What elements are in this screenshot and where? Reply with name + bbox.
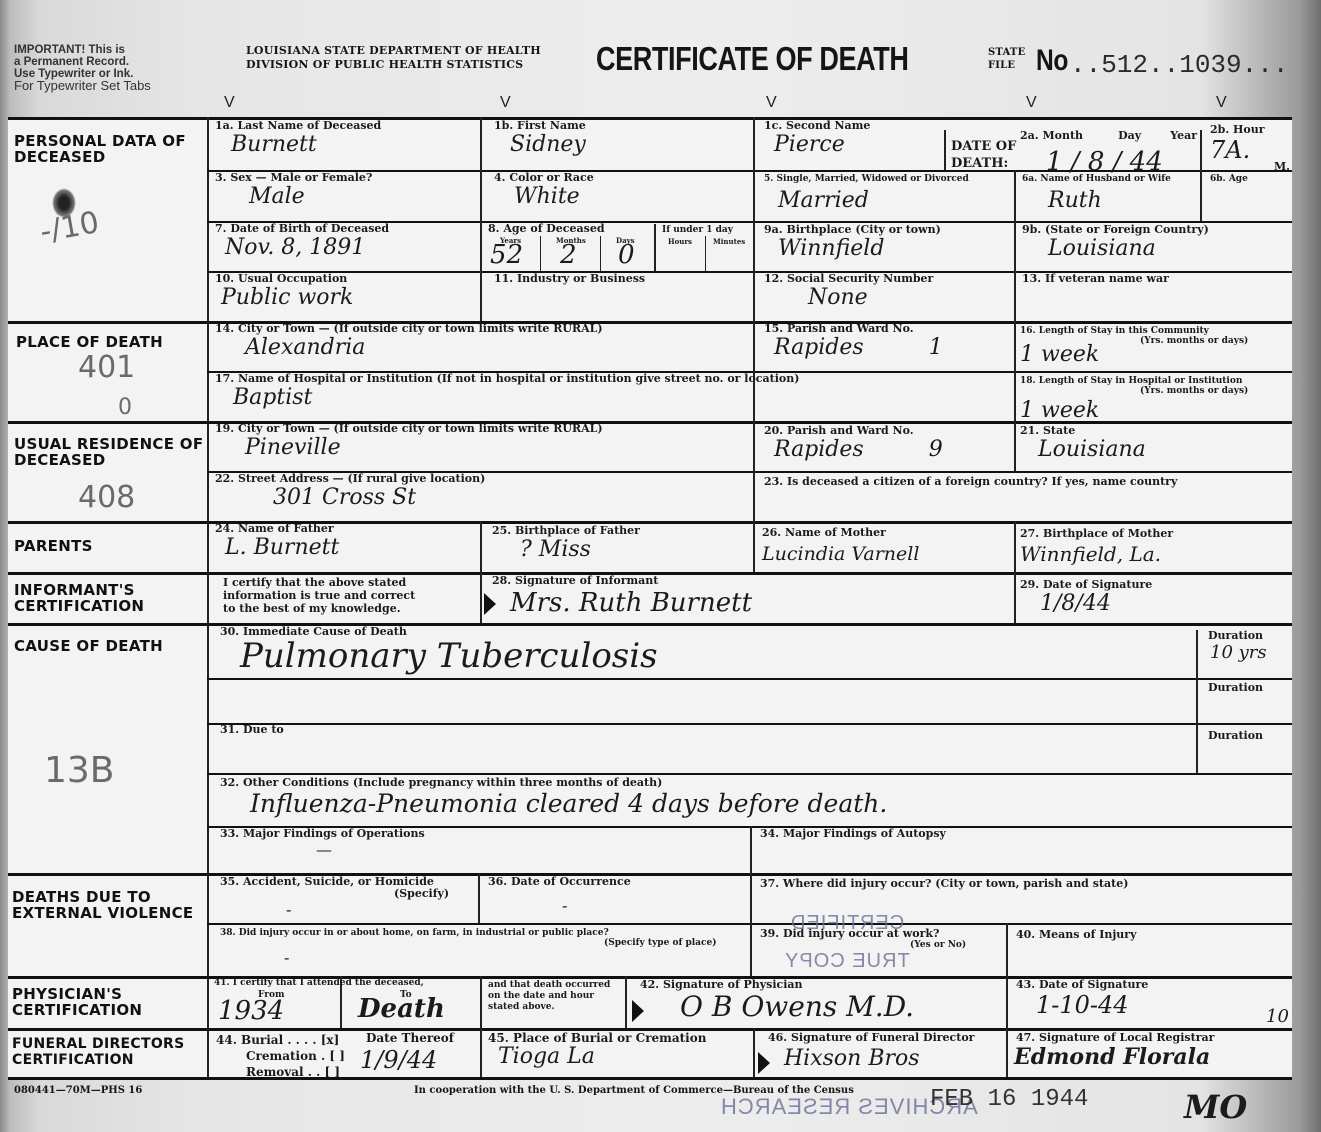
field-label: 45. Place of Burial or Cremation [488,1032,706,1044]
divider [753,321,755,521]
physician-attended-label: 41. I certify that I attended the deceas… [214,978,424,988]
divider [1014,321,1016,471]
section-external-violence: DEATHS DUE TO EXTERNAL VIOLENCE [12,889,202,921]
field-spouse-age[interactable]: 6b. Age [1210,174,1248,184]
duration-value: 10 yrs [1210,642,1267,663]
field-label: 40. Means of Injury [1016,929,1137,941]
disposition-options[interactable]: 44. Burial . . . . [x] Cremation . [ ] R… [216,1032,345,1080]
field-label: 31. Due to [220,724,284,736]
field-label: 25. Birthplace of Father [492,525,640,537]
divider [753,117,755,321]
field-value: Rapides [774,335,864,360]
received-date-stamp: FEB 16 1944 [930,1086,1088,1113]
field-autopsy-findings[interactable]: 34. Major Findings of Autopsy [760,828,946,840]
field-last-name[interactable]: 1a. Last Name of Deceased Burnett [215,120,381,157]
field-label: 28. Signature of Informant [492,575,658,587]
field-sublabel: (Yrs. months or days) [1140,336,1248,346]
informant-signature-value: Mrs. Ruth Burnett [510,588,752,618]
field-label: 2b. Hour [1210,124,1265,136]
section-informant: INFORMANT'S CERTIFICATION [14,582,194,614]
divider [8,1077,1292,1080]
notice-line: a Permanent Record. [14,56,214,68]
field-injury-location[interactable]: 37. Where did injury occur? (City or tow… [760,878,1128,890]
field-sublabel: (Yes or No) [910,940,966,950]
duration-label: Duration [1208,630,1267,642]
informant-statement: I certify that the above stated informat… [223,576,415,615]
field-death-parish[interactable]: 15. Parish and Ward No. Rapides 1 [764,323,943,360]
field-value: Winnfield, La. [1020,542,1173,566]
minutes-label: Minutes [713,238,745,246]
field-label: 1b. First Name [494,120,586,132]
divider [480,521,482,623]
date-of-death-label: DATE OF DEATH: [951,138,1031,172]
attended-to-value[interactable]: Death [358,994,445,1024]
file-label: FILE [988,59,1025,72]
notice-line: IMPORTANT! This is [14,44,214,56]
field-label: 26. Name of Mother [762,527,919,539]
field-label: 4. Color or Race [494,172,594,184]
field-sex[interactable]: 3. Sex — Male or Female? Male [215,172,372,209]
clerk-initials: MO [1184,1088,1247,1126]
field-label: 13. If veteran name war [1022,273,1169,285]
cooperation-note: In cooperation with the U. S. Department… [414,1085,854,1096]
field-injury-place-type[interactable]: 38. Did injury occur in or about home, o… [220,928,716,967]
field-residence-city[interactable]: 19. City or Town — (If outside city or t… [215,423,603,460]
typewriter-tab-marker: V [500,94,511,112]
divider [480,170,482,221]
under-one-day-label: If under 1 day [662,225,733,235]
field-value: Louisiana [1048,236,1209,261]
field-date-of-birth[interactable]: 7. Date of Birth of Deceased Nov. 8, 189… [215,223,389,260]
field-foreign-citizen[interactable]: 23. Is deceased a citizen of a foreign c… [764,476,1177,488]
field-label: 18. Length of Stay in Hospital or Instit… [1020,376,1248,386]
field-usual-occupation[interactable]: 10. Usual Occupation Public work [215,273,353,310]
divider [207,773,1292,775]
burial-checkbox[interactable]: 44. Burial . . . . [x] [216,1032,345,1048]
field-value: Lucindia Varnell [762,543,919,565]
divider [478,873,480,923]
section-personal-data: PERSONAL DATA OF DECEASED [14,133,204,165]
age-months-value[interactable]: 2 [560,240,577,270]
true-copy-stamp: TRUE COPY [784,950,910,973]
field-label: 5. Single, Married, Widowed or Divorced [764,174,969,184]
margin-note-place: 401 [78,350,135,385]
divider [1014,170,1016,321]
field-informant-date[interactable]: 29. Date of Signature 1/8/44 [1020,579,1152,616]
margin-note-place-small: 0 [118,395,132,420]
physician-signature-value[interactable]: O B Owens M.D. [680,990,914,1023]
field-value: White [514,184,594,209]
divider [750,873,752,976]
field-label: 19. City or Town — (If outside city or t… [215,423,603,435]
divider [600,236,601,271]
section-place-of-death: PLACE OF DEATH [16,334,163,350]
field-value: L. Burnett [225,535,339,560]
divider [1200,130,1202,221]
divider [1006,923,1008,976]
field-color-race[interactable]: 4. Color or Race White [494,172,594,209]
field-label: 6b. Age [1210,174,1248,184]
field-label: 7. Date of Birth of Deceased [215,223,389,235]
divider [750,826,752,873]
funeral-director-signature[interactable]: Hixson Bros [784,1046,920,1071]
ward-value: 9 [929,437,943,462]
field-value: 1/8/44 [1040,591,1152,616]
field-label: 17. Name of Hospital or Institution (If … [215,373,799,385]
field-birthplace-city[interactable]: 9a. Birthplace (City or town) Winnfield [764,224,941,261]
field-value: Rapides [774,437,864,462]
field-label: 20. Parish and Ward No. [764,425,943,437]
divider [540,236,541,271]
age-days-value[interactable]: 0 [618,240,635,270]
field-value: ? Miss [520,537,640,562]
field-label: 43. Date of Signature [1016,979,1148,991]
section-cause-of-death: CAUSE OF DEATH [14,638,163,654]
section-funeral-directors: FUNERAL DIRECTORS CERTIFICATION [12,1036,202,1068]
field-father-birthplace[interactable]: 25. Birthplace of Father ? Miss [492,525,640,562]
field-physician-date[interactable]: 43. Date of Signature 1-10-44 [1016,979,1148,1019]
divider [480,976,482,1077]
divider [944,130,946,170]
physician-statement: and that death occurred on the date and … [488,980,610,1013]
attended-from-value[interactable]: 1934 [218,996,284,1026]
section-usual-residence: USUAL RESIDENCE OF DECEASED [14,436,210,468]
field-operation-findings[interactable]: 33. Major Findings of Operations — [220,828,425,859]
field-date-of-death[interactable]: 2a. Month Day Year 1 / 8 / 44 [1020,124,1197,177]
margin-note-cause: 13B [44,750,115,791]
field-value: Winnfield [778,236,941,261]
field-hospital[interactable]: 17. Name of Hospital or Institution (If … [215,373,799,410]
year-label: Year [1170,129,1197,142]
divider [705,236,706,271]
divider [654,224,656,271]
typewriter-tab-marker: V [224,94,235,112]
field-accident-type[interactable]: 35. Accident, Suicide, or Homicide (Spec… [220,876,449,919]
statement-line: on the date and hour [488,991,610,1002]
notice-line: For Typewriter Set Tabs [14,80,214,92]
field-label: 24. Name of Father [215,523,339,535]
field-birthplace-state[interactable]: 9b. (State or Foreign Country) Louisiana [1022,224,1209,261]
field-social-security[interactable]: 12. Social Security Number None [764,273,933,310]
field-label: 10. Usual Occupation [215,273,353,285]
field-value: Ruth [1048,188,1171,213]
field-label: 1c. Second Name [764,120,870,132]
divider [8,521,1292,524]
field-sublabel: (Specify type of place) [604,938,716,948]
day-label: Day [1118,129,1141,142]
field-value: Pulmonary Tuberculosis [240,636,658,676]
field-label: 36. Date of Occurrence [488,876,631,888]
field-label: 38. Did injury occur in or about home, o… [220,928,716,938]
field-label: 14. City or Town — (If outside city or t… [215,323,603,335]
divider [625,976,627,1028]
field-value: Alexandria [245,335,603,360]
age-years-value[interactable]: 52 [490,240,523,270]
divider [1006,976,1008,1077]
registrar-note: 10 [1266,1006,1289,1027]
field-value: - [562,896,631,915]
field-label: 32. Other Conditions (Include pregnancy … [220,777,887,789]
field-label: 2a. Month [1020,129,1083,142]
field-label: 1a. Last Name of Deceased [215,120,381,132]
section-parents: PARENTS [14,538,93,554]
field-value: Baptist [233,385,799,410]
section-physician: PHYSICIAN'S CERTIFICATION [12,986,192,1018]
typewriter-tab-marker: V [1216,94,1227,112]
field-immediate-cause[interactable]: 30. Immediate Cause of Death Pulmonary T… [220,626,658,676]
divider [207,678,1292,680]
field-value: Married [778,188,969,213]
field-label: 9a. Birthplace (City or town) [764,224,941,236]
field-death-city[interactable]: 14. City or Town — (If outside city or t… [215,323,603,360]
number-label: No [1036,44,1068,78]
field-value: Pineville [245,435,603,460]
typewriter-tab-marker: V [1026,94,1037,112]
removal-checkbox[interactable]: Removal . . [ ] [246,1064,345,1080]
field-father-name[interactable]: 24. Name of Father L. Burnett [215,523,339,560]
ward-value: 1 [929,335,943,360]
certified-stamp: CERTIFIED [790,912,904,935]
registrar-label: 47. Signature of Local Registrar [1016,1032,1214,1044]
department-header: LOUISIANA STATE DEPARTMENT OF HEALTH DIV… [246,44,541,72]
typewriter-tab-marker: V [766,94,777,112]
divider [8,117,1292,120]
field-value: 1-10-44 [1036,991,1148,1019]
field-spouse-name[interactable]: 6a. Name of Husband or Wife Ruth [1022,174,1171,213]
disposition-date-label: Date Thereof [366,1032,454,1044]
field-value: Public work [221,285,353,310]
field-occurrence-date[interactable]: 36. Date of Occurrence - [488,876,631,915]
duration-label-secondary: Duration [1208,682,1263,694]
field-value: 7A. [1210,136,1265,164]
signature-arrow-icon [632,1000,644,1022]
field-label: 11. Industry or Business [494,273,645,285]
state-file-number: ..512..1039... [1070,50,1288,80]
field-burial-place[interactable]: 45. Place of Burial or Cremation Tioga L… [488,1032,706,1069]
divider [8,321,1292,324]
field-sublabel: (Specify) [394,888,449,900]
field-value: Pierce [774,132,870,157]
field-value: — [316,840,425,859]
field-informant-signature[interactable]: 28. Signature of Informant [492,575,658,587]
disposition-date-value[interactable]: 1/9/44 [360,1046,437,1074]
statement-line: information is true and correct [223,589,415,602]
field-value: Influenza-Pneumonia cleared 4 days befor… [250,789,887,818]
field-means-of-injury[interactable]: 40. Means of Injury [1016,929,1137,941]
state-label: STATE [988,46,1025,59]
field-residence-state[interactable]: 21. State Louisiana [1020,425,1146,462]
divider [480,221,482,321]
cremation-checkbox[interactable]: Cremation . [ ] [246,1048,345,1064]
margin-note-residence: 408 [78,480,135,515]
field-label: 33. Major Findings of Operations [220,828,425,840]
divider [480,117,482,171]
field-due-to[interactable]: 31. Due to [220,724,284,736]
duration-label-due-to: Duration [1208,730,1263,742]
field-sublabel: (Yrs. months or days) [1140,386,1248,396]
funeral-director-label: 46. Signature of Funeral Director [768,1032,974,1044]
field-label: 22. Street Address — (If rural give loca… [215,473,485,485]
field-label: 21. State [1020,425,1146,437]
divider [1196,630,1198,773]
field-label: 6a. Name of Husband or Wife [1022,174,1171,184]
field-value: 1 / 8 / 44 [1046,147,1197,177]
department-line: LOUISIANA STATE DEPARTMENT OF HEALTH [246,44,541,58]
statement-line: and that death occurred [488,980,610,991]
field-label: 12. Social Security Number [764,273,933,285]
section-divider [207,117,209,1077]
field-marital-status[interactable]: 5. Single, Married, Widowed or Divorced … [764,174,969,213]
divider [753,1028,755,1077]
field-value: Tioga La [498,1044,706,1069]
field-value: Sidney [510,132,586,157]
field-hour-of-death[interactable]: 2b. Hour 7A. [1210,124,1265,164]
field-label: 23. Is deceased a citizen of a foreign c… [764,476,1177,488]
field-duration-immediate[interactable]: Duration 10 yrs [1208,630,1267,663]
divider [1014,521,1016,623]
statement-line: to the best of my knowledge. [223,602,415,615]
field-label: 8. Age of Deceased [488,223,605,235]
form-code: 080441—70M—PHS 16 [14,1085,142,1096]
statement-line: stated above. [488,1002,610,1013]
state-file-label: STATE FILE [988,46,1025,72]
divider [753,521,755,572]
field-label: 9b. (State or Foreign Country) [1022,224,1209,236]
field-first-name[interactable]: 1b. First Name Sidney [494,120,586,157]
field-label: 15. Parish and Ward No. [764,323,943,335]
field-mother-name[interactable]: 26. Name of Mother Lucindia Varnell [762,527,919,565]
divider [8,873,1292,876]
field-label: 27. Birthplace of Mother [1020,528,1173,540]
field-veteran-war[interactable]: 13. If veteran name war [1022,273,1169,285]
field-other-conditions[interactable]: 32. Other Conditions (Include pregnancy … [220,777,887,818]
field-label: 34. Major Findings of Autopsy [760,828,946,840]
field-label: 3. Sex — Male or Female? [215,172,372,184]
field-value: - [284,948,716,967]
field-label: 16. Length of Stay in this Community [1020,326,1248,336]
signature-arrow-icon [758,1052,770,1074]
permanent-record-notice: IMPORTANT! This is a Permanent Record. U… [14,44,214,92]
field-value: 1 week [1020,398,1248,423]
field-value: 301 Cross St [273,485,485,510]
field-stay-community[interactable]: 16. Length of Stay in this Community (Yr… [1020,326,1248,367]
field-value: None [808,285,933,310]
field-value: Burnett [231,132,381,157]
field-age-of-deceased[interactable]: 8. Age of Deceased [488,223,605,235]
hours-label: Hours [668,238,692,246]
field-mother-birthplace[interactable]: 27. Birthplace of Mother Winnfield, La. [1020,528,1173,566]
meridiem-label: M. [1274,161,1290,173]
field-value: - [286,900,449,919]
field-residence-parish[interactable]: 20. Parish and Ward No. Rapides 9 [764,425,943,462]
signature-arrow-icon [484,593,496,615]
field-label: 37. Where did injury occur? (City or tow… [760,878,1128,890]
divider [207,723,1292,725]
field-second-name[interactable]: 1c. Second Name Pierce [764,120,870,157]
field-value: Louisiana [1038,437,1146,462]
field-stay-hospital[interactable]: 18. Length of Stay in Hospital or Instit… [1020,376,1248,423]
statement-line: I certify that the above stated [223,576,415,589]
certificate-title: CERTIFICATE OF DEATH [596,40,908,78]
field-label: 29. Date of Signature [1020,579,1152,591]
field-value: Nov. 8, 1891 [225,235,389,260]
division-line: DIVISION OF PUBLIC HEALTH STATISTICS [246,58,541,72]
field-value: Male [249,184,372,209]
field-street-address[interactable]: 22. Street Address — (If rural give loca… [215,473,485,510]
registrar-signature[interactable]: Edmond Florala [1014,1044,1210,1070]
field-industry[interactable]: 11. Industry or Business [494,273,645,285]
